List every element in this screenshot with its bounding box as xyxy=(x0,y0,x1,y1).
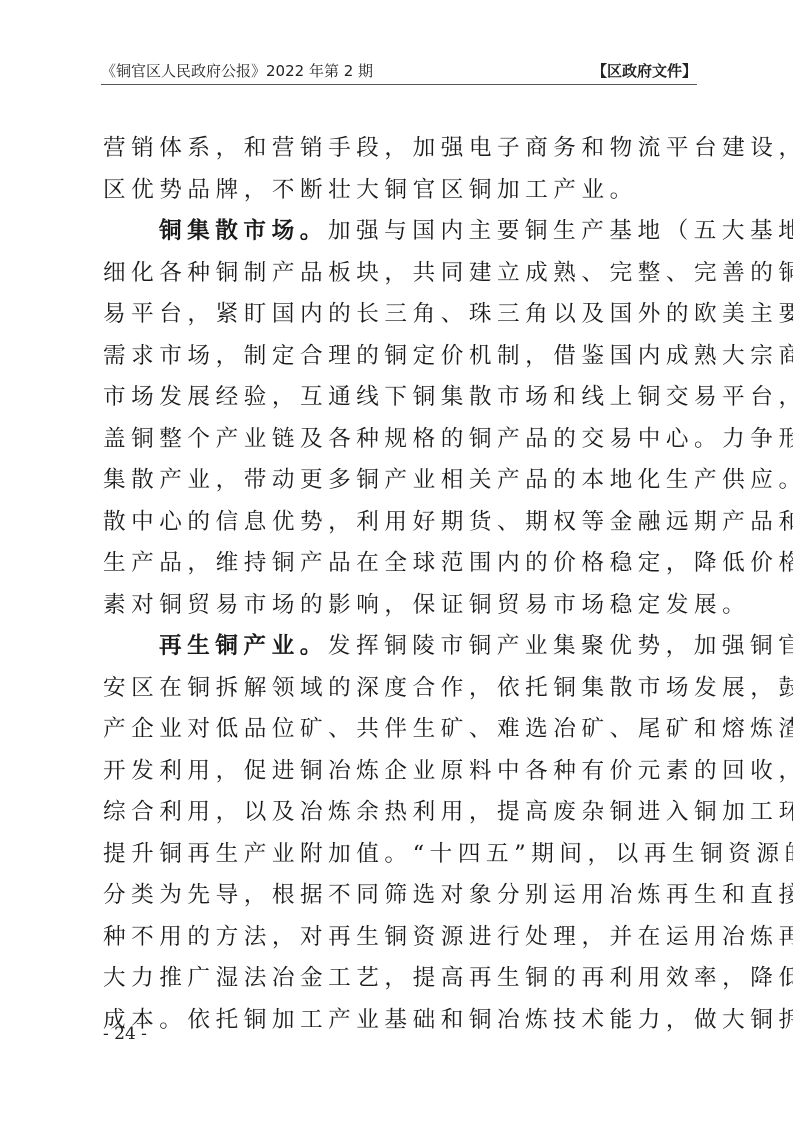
paragraph-marketing-continuation: 营销体系，和营销手段，加强电子商务和物流平台建设，打造地 区优势品牌，不断壮大铜… xyxy=(103,128,695,211)
text-line: 产企业对低品位矿、共伴生矿、难选冶矿、尾矿和熔炼渣等资源 xyxy=(103,709,695,751)
text-line-rest: 发挥铜陵市铜产业集聚优势，加强铜官区与义 xyxy=(328,633,793,659)
text-line: 开发利用，促进铜冶炼企业原料中各种有价元素的回收，冶炼渣 xyxy=(103,751,695,793)
section-label: 【区政府文件】 xyxy=(592,60,697,82)
paragraph-lead-heading: 铜集散市场。 xyxy=(159,218,328,244)
text-line-rest: 加强与国内主要铜生产基地（五大基地）合作， xyxy=(328,218,793,244)
text-line: 安区在铜拆解领域的深度合作，依托铜集散市场发展，鼓励铜矿 xyxy=(103,668,695,710)
text-line: 散中心的信息优势，利用好期货、期权等金融远期产品和金融衍 xyxy=(103,502,695,544)
text-line: 铜集散市场。加强与国内主要铜生产基地（五大基地）合作， xyxy=(103,211,695,253)
text-line: 大力推广湿法冶金工艺，提高再生铜的再利用效率，降低再利用 xyxy=(103,958,695,1000)
text-line: 营销体系，和营销手段，加强电子商务和物流平台建设，打造地 xyxy=(103,128,695,170)
paragraph-copper-distribution-market: 铜集散市场。加强与国内主要铜生产基地（五大基地）合作， 细化各种铜制产品板块，共… xyxy=(103,211,695,626)
paragraph-lead-heading: 再生铜产业。 xyxy=(159,633,328,659)
publication-title: 《铜官区人民政府公报》2022 年第 2 期 xyxy=(101,60,373,82)
text-line: 分类为先导，根据不同筛选对象分别运用冶炼再生和直接利用两 xyxy=(103,875,695,917)
paragraph-recycled-copper-industry: 再生铜产业。发挥铜陵市铜产业集聚优势，加强铜官区与义 安区在铜拆解领域的深度合作… xyxy=(103,626,695,1041)
page-header: 《铜官区人民政府公报》2022 年第 2 期 【区政府文件】 xyxy=(101,60,697,85)
text-line: 细化各种铜制产品板块，共同建立成熟、完整、完善的铜产品交 xyxy=(103,253,695,295)
text-line: 成本。依托铜加工产业基础和铜冶炼技术能力，做大铜拆解（再 xyxy=(103,1000,695,1042)
text-line: 提升铜再生产业附加值。“十四五”期间，以再生铜资源的筛选、 xyxy=(103,834,695,876)
page-number: - 24 - xyxy=(103,1024,147,1044)
text-line: 再生铜产业。发挥铜陵市铜产业集聚优势，加强铜官区与义 xyxy=(103,626,695,668)
text-line: 市场发展经验，互通线下铜集散市场和线上铜交易平台，打造涵 xyxy=(103,377,695,419)
text-line: 集散产业，带动更多铜产业相关产品的本地化生产供应。凭借集 xyxy=(103,460,695,502)
document-body: 营销体系，和营销手段，加强电子商务和物流平台建设，打造地 区优势品牌，不断壮大铜… xyxy=(103,128,695,1041)
text-line: 需求市场，制定合理的铜定价机制，借鉴国内成熟大宗商品集散 xyxy=(103,336,695,378)
text-line: 盖铜整个产业链及各种规格的铜产品的交易中心。力争形成千亿 xyxy=(103,419,695,461)
text-line: 区优势品牌，不断壮大铜官区铜加工产业。 xyxy=(103,170,695,212)
text-line: 种不用的方法，对再生铜资源进行处理，并在运用冶炼再生法中 xyxy=(103,917,695,959)
text-line: 易平台，紧盯国内的长三角、珠三角以及国外的欧美主要铜产品 xyxy=(103,294,695,336)
text-line: 素对铜贸易市场的影响，保证铜贸易市场稳定发展。 xyxy=(103,585,695,627)
text-line: 生产品，维持铜产品在全球范围内的价格稳定，降低价格波动因 xyxy=(103,543,695,585)
text-line: 综合利用，以及冶炼余热利用，提高废杂铜进入铜加工环节比例， xyxy=(103,792,695,834)
